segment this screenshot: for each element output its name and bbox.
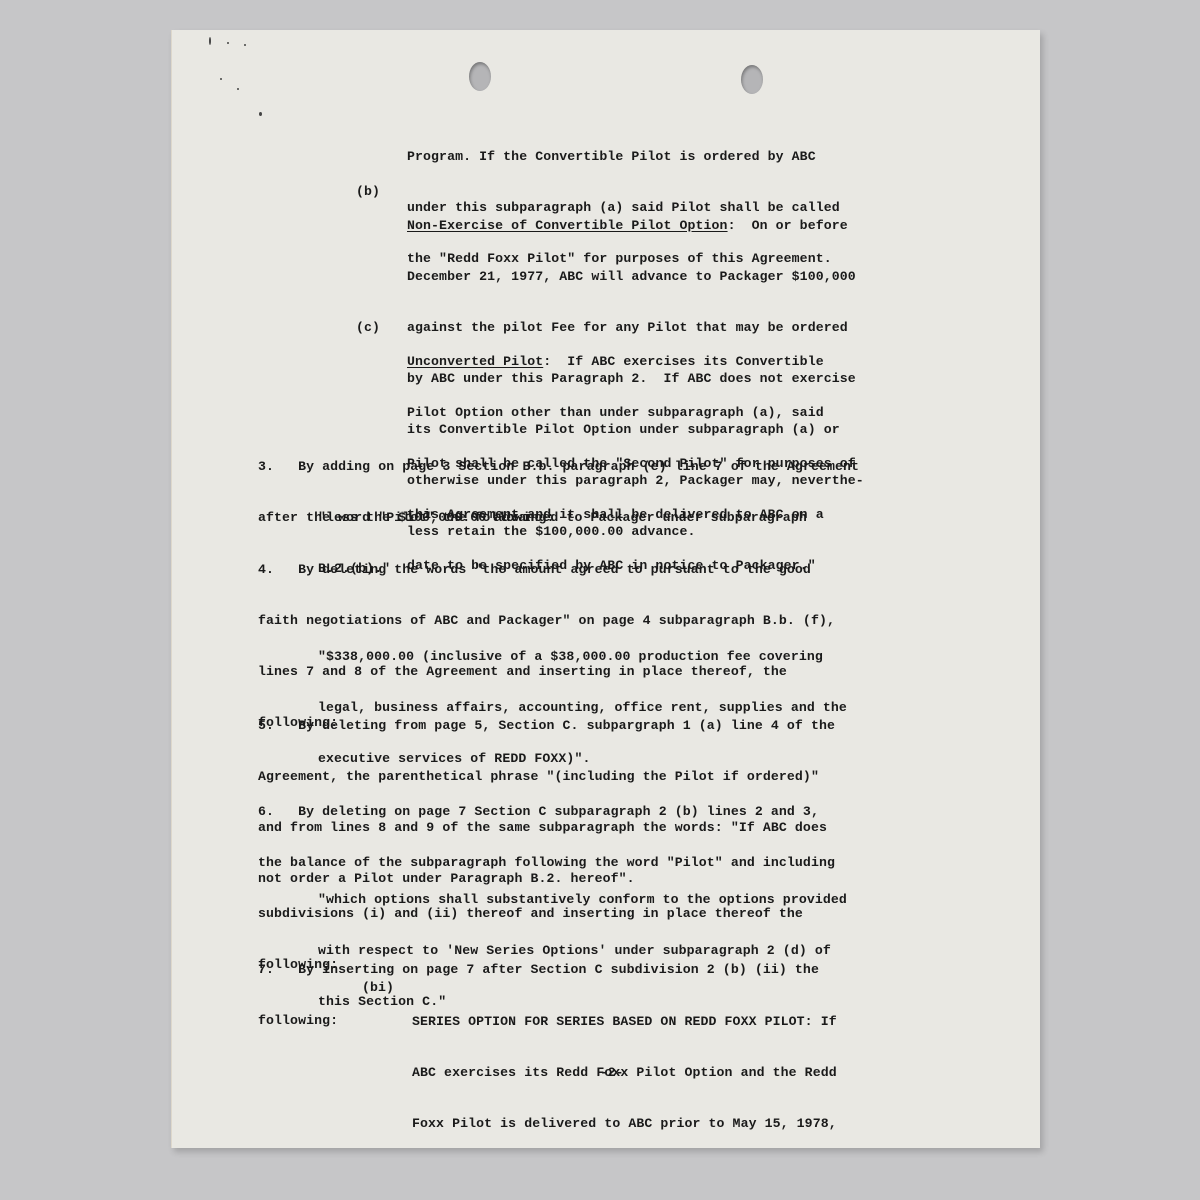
text-line: Foxx Pilot is delivered to ABC prior to … xyxy=(412,1115,837,1132)
subparagraph-c-heading: Unconverted Pilot xyxy=(407,354,543,369)
text-line: ABC exercises its Redd Foxx Pilot Option… xyxy=(412,1064,837,1081)
ink-speck xyxy=(237,88,239,90)
text-line: 5. By deleting from page 5, Section C. s… xyxy=(258,717,835,734)
page-number: -2- xyxy=(600,1065,623,1080)
ink-speck xyxy=(227,42,229,44)
text-line: 4. By deleting the words "the amount agr… xyxy=(258,561,835,578)
subparagraph-b-label: (b) xyxy=(356,183,380,200)
subparagraph-b-first-line: Non-Exercise of Convertible Pilot Option… xyxy=(407,217,864,234)
text-line: December 21, 1977, ABC will advance to P… xyxy=(407,268,864,285)
punch-hole-left xyxy=(469,62,491,91)
text-line: Program. If the Convertible Pilot is ord… xyxy=(407,148,840,165)
ink-speck xyxy=(209,37,211,45)
subparagraph-b-heading: Non-Exercise of Convertible Pilot Option xyxy=(407,218,728,233)
punch-hole-right xyxy=(741,65,763,94)
text-line: "less the $100,000.00 advanced to Packag… xyxy=(318,509,807,526)
subdivision-bi: SERIES OPTION FOR SERIES BASED ON REDD F… xyxy=(412,979,837,1149)
text-line: "which options shall substantively confo… xyxy=(318,891,847,908)
text-line: "$338,000.00 (inclusive of a $38,000.00 … xyxy=(318,648,847,665)
subdivision-bi-label: (bi) xyxy=(362,979,394,996)
text-line: Pilot Option other than under subparagra… xyxy=(407,404,856,421)
subparagraph-c-first-line: Unconverted Pilot: If ABC exercises its … xyxy=(407,353,856,370)
text-line: 7. By inserting on page 7 after Section … xyxy=(258,961,819,978)
text-line: SERIES OPTION FOR SERIES BASED ON REDD F… xyxy=(412,1013,837,1030)
ink-speck xyxy=(220,78,222,80)
text-line: 3. By adding on page 3 Section B.b. para… xyxy=(258,458,859,475)
ink-speck xyxy=(259,112,262,116)
text-line: 6. By deleting on page 7 Section C subpa… xyxy=(258,803,835,820)
subparagraph-c-label: (c) xyxy=(356,319,380,336)
ink-speck xyxy=(244,44,246,46)
